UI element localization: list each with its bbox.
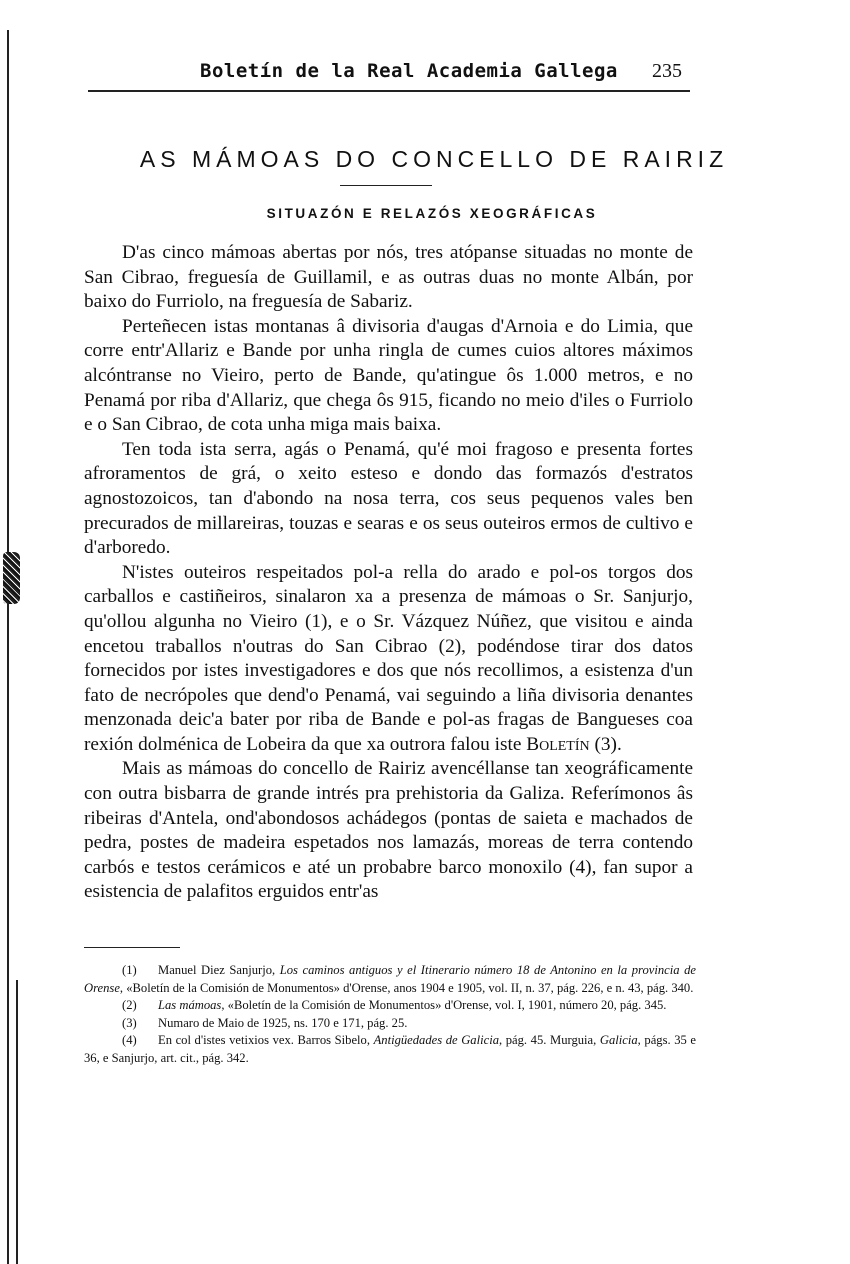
article-title: AS MÁMOAS DO CONCELLO DE RAIRIZ: [0, 146, 850, 173]
boletin-reference: Boletín: [526, 734, 589, 755]
footnote-text: , «Boletín de la Comisión de Monumentos»…: [221, 998, 666, 1012]
scan-edge-blot: [3, 552, 20, 604]
footnote: (2)Las mámoas, «Boletín de la Comisión d…: [84, 997, 696, 1015]
footnote-title: Galicia: [600, 1033, 638, 1047]
scan-edge-line-lower: [16, 980, 18, 1264]
paragraph: Ten toda ista serra, agás o Penamá, qu'é…: [84, 438, 693, 561]
footnote-number: (1): [122, 962, 158, 980]
title-rule: [340, 185, 432, 186]
footnote-title: Antigüedades de Galicia: [374, 1033, 499, 1047]
footnote-number: (2): [122, 997, 158, 1015]
footnotes: (1)Manuel Diez Sanjurjo, Los caminos ant…: [84, 962, 696, 1068]
footnote: (3)Numaro de Maio de 1925, ns. 170 e 171…: [84, 1015, 696, 1033]
footnote-title: Las mámoas: [158, 998, 221, 1012]
journal-title: Boletín de la Real Academia Gallega: [200, 60, 618, 82]
paragraph: Mais as mámoas do concello de Rairiz ave…: [84, 757, 693, 905]
footnote: (4)En col d'istes vetixios vex. Barros S…: [84, 1032, 696, 1067]
page-number: 235: [652, 60, 682, 83]
footnote-text: , pág. 45. Murguia,: [499, 1033, 600, 1047]
paragraph: N'istes outeiros respeitados pol-a rella…: [84, 561, 693, 758]
footnote-number: (4): [122, 1032, 158, 1050]
footnote-number: (3): [122, 1015, 158, 1033]
footnote-text: Numaro de Maio de 1925, ns. 170 e 171, p…: [158, 1016, 407, 1030]
article-body: D'as cinco mámoas abertas por nós, tres …: [84, 241, 693, 905]
footnote-ref: (3).: [590, 734, 622, 755]
footnote-text: , «Boletín de la Comisión de Monumentos»…: [120, 981, 693, 995]
footnote-text: Manuel Diez Sanjurjo,: [158, 963, 280, 977]
running-header: Boletín de la Real Academia Gallega 235: [88, 58, 690, 92]
paragraph-text: N'istes outeiros respeitados pol-a rella…: [84, 562, 693, 755]
footnote-text: En col d'istes vetixios vex. Barros Sibe…: [158, 1033, 374, 1047]
footnote-rule: [84, 947, 180, 948]
paragraph: D'as cinco mámoas abertas por nós, tres …: [84, 241, 693, 315]
paragraph: Perteñecen istas montanas â divisoria d'…: [84, 315, 693, 438]
section-heading: SITUAZÓN E RELAZÓS XEOGRÁFICAS: [0, 206, 850, 221]
footnote: (1)Manuel Diez Sanjurjo, Los caminos ant…: [84, 962, 696, 997]
